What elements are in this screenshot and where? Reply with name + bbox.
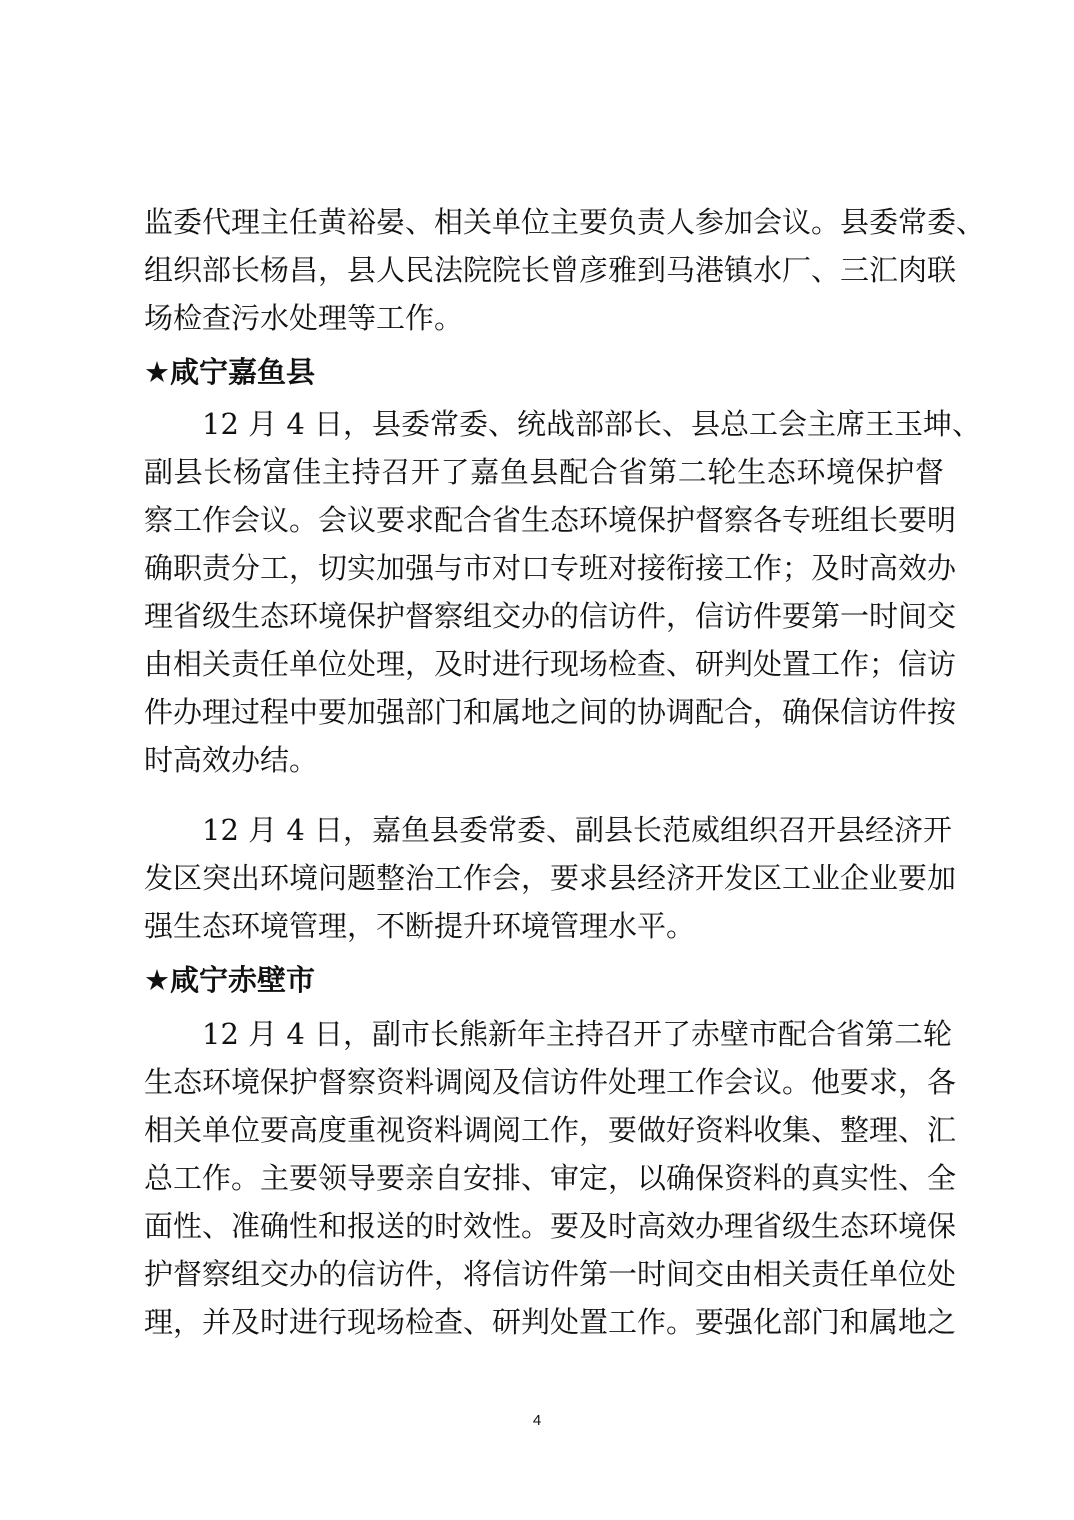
paragraph-line: 察工作会议。会议要求配合省生态环境保护督察各专班组长要明 [144, 503, 944, 537]
document-page: 监委代理主任黄裕晏、相关单位主要负责人参加会议。县委常委、 组织部长杨昌，县人民… [0, 0, 1074, 1520]
paragraph-line: 理，并及时进行现场检查、研判处置工作。要强化部门和属地之 [144, 1305, 944, 1339]
paragraph-line: 12 月 4 日，副市长熊新年主持召开了赤壁市配合省第二轮 [202, 1017, 944, 1051]
paragraph-line: 面性、准确性和报送的时效性。要及时高效办理省级生态环境保 [144, 1209, 944, 1243]
paragraph-line: 时高效办结。 [144, 743, 944, 777]
paragraph-line: 组织部长杨昌，县人民法院院长曾彦雅到马港镇水厂、三汇肉联 [144, 253, 944, 287]
paragraph-line: 件办理过程中要加强部门和属地之间的协调配合，确保信访件按 [144, 695, 944, 729]
paragraph-line: 护督察组交办的信访件，将信访件第一时间交由相关责任单位处 [144, 1257, 944, 1291]
paragraph-line: 相关单位要高度重视资料调阅工作，要做好资料收集、整理、汇 [144, 1113, 944, 1147]
paragraph-line: 发区突出环境问题整治工作会，要求县经济开发区工业企业要加 [144, 861, 944, 895]
paragraph-line: 理省级生态环境保护督察组交办的信访件，信访件要第一时间交 [144, 599, 944, 633]
paragraph-line: 场检查污水处理等工作。 [144, 301, 944, 335]
paragraph-line: 生态环境保护督察资料调阅及信访件处理工作会议。他要求，各 [144, 1065, 944, 1099]
paragraph-line: 确职责分工，切实加强与市对口专班对接衔接工作；及时高效办 [144, 551, 944, 585]
section-heading-chibi: ★咸宁赤壁市 [144, 963, 315, 997]
page-number: 4 [0, 1412, 1074, 1429]
section-heading-jiayu: ★咸宁嘉鱼县 [144, 355, 315, 389]
paragraph-line: 由相关责任单位处理，及时进行现场检查、研判处置工作；信访 [144, 647, 944, 681]
paragraph-line: 12 月 4 日，嘉鱼县委常委、副县长范威组织召开县经济开 [202, 813, 944, 847]
paragraph-line: 总工作。主要领导要亲自安排、审定，以确保资料的真实性、全 [144, 1161, 944, 1195]
paragraph-line: 强生态环境管理，不断提升环境管理水平。 [144, 909, 944, 943]
paragraph-line: 12 月 4 日，县委常委、统战部部长、县总工会主席王玉坤、 [202, 407, 944, 441]
paragraph-line: 监委代理主任黄裕晏、相关单位主要负责人参加会议。县委常委、 [144, 205, 944, 239]
paragraph-line: 副县长杨富佳主持召开了嘉鱼县配合省第二轮生态环境保护督 [144, 455, 944, 489]
